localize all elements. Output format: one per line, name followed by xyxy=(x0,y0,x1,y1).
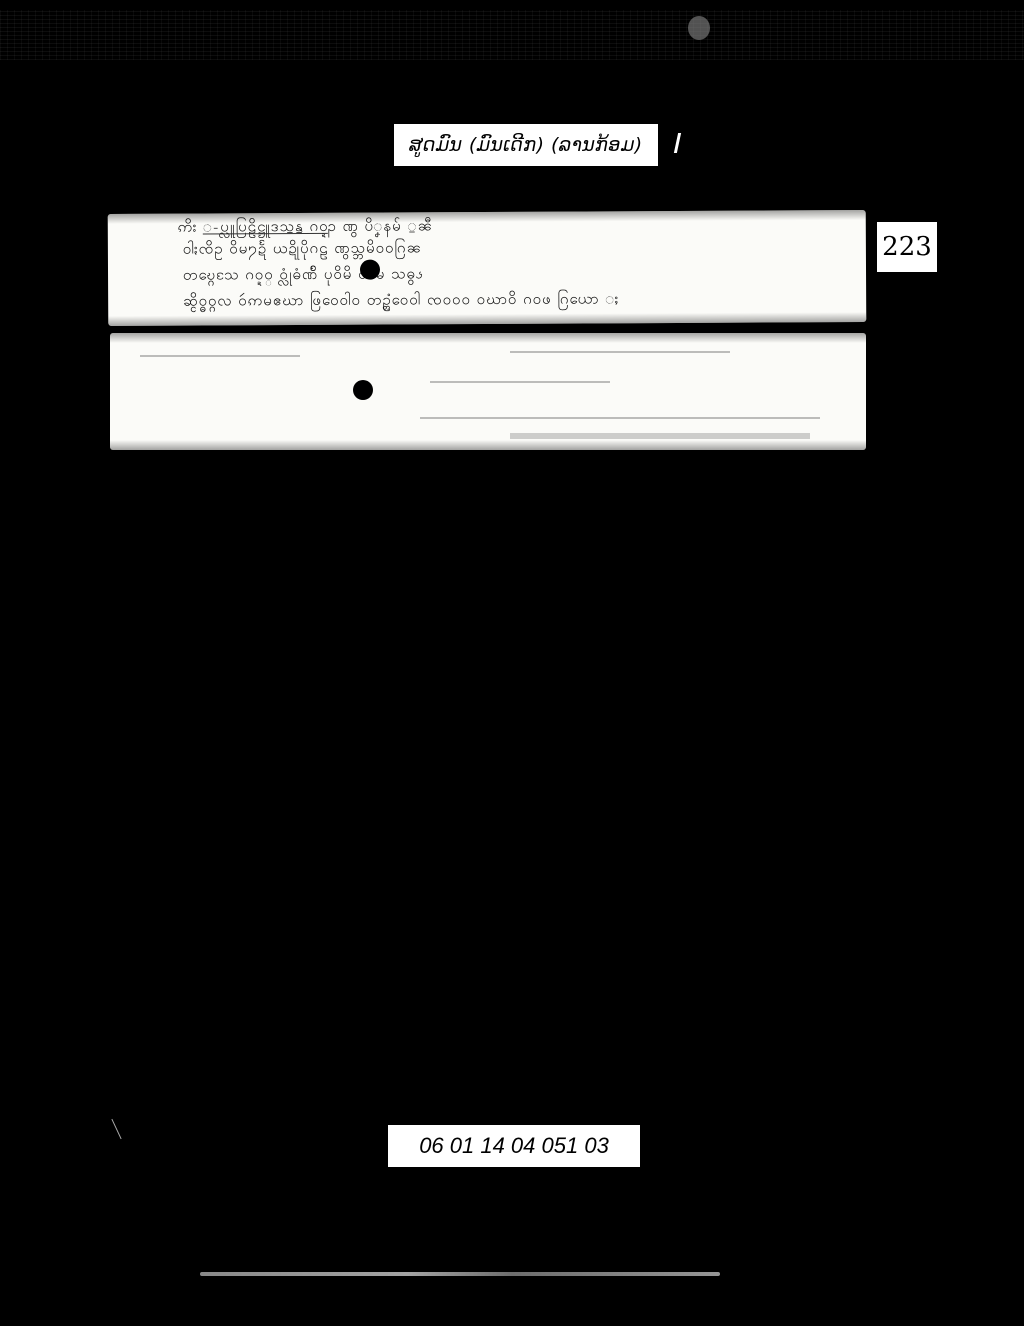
page-number-label: 223 xyxy=(877,222,937,272)
catalog-code-label: 06 01 14 04 051 03 xyxy=(388,1125,640,1167)
leaf-edge-shadow xyxy=(110,440,866,450)
faint-mark xyxy=(420,417,820,419)
leaf-line-4: ဆ္ငိဝ္ဓဝ္ဂလ ဝဴဢမဧဃာ ဖြဝေဝါဝ တဥ္တံဝေဝါ ၸဝ… xyxy=(183,289,619,313)
scan-edge-line xyxy=(200,1272,720,1276)
faint-mark xyxy=(510,351,730,353)
leaf-edge-shadow xyxy=(110,333,866,343)
document-title-label: ສູດມົນ (ມົນເດີກ) (ລານກ້ອມ) xyxy=(394,124,658,166)
palm-leaf-1: ဢိး ꩽပ္လူပြဠိဋ္ဌူဒသႍနႍ ဂဝ္ဍၣ ဏွ ပိၞနမ် ႍ… xyxy=(108,210,867,326)
palm-leaf-2 xyxy=(110,333,866,450)
leaf-edge-shadow xyxy=(108,312,866,326)
scan-artifact xyxy=(688,16,710,40)
leaf-line-3: တဎ္ဂေသႄ ဂဝ္ဍဝ္ ဝ္လုံဓံဏိႅ ပုဝိမိ ဝမေ သဓွ… xyxy=(183,264,424,287)
leaf-line-2: ဝါႏၸိဥ ဝိမ႒ဍႅ ယဍိုပိုဂဠ ဏွသ္ဘမိဝဝဂြၼ xyxy=(183,238,422,261)
handwritten-mark xyxy=(674,133,681,153)
faint-mark xyxy=(430,381,610,383)
binding-hole xyxy=(360,260,380,280)
faint-mark xyxy=(510,433,810,439)
scan-noise-band xyxy=(0,10,1024,60)
scan-artifact xyxy=(111,1119,121,1139)
faint-mark xyxy=(140,355,300,357)
leaf-line-1: ဢိး ꩽပ္လူပြဠိဋ္ဌူဒသႍနႍ ဂဝ္ဍၣ ဏွ ပိၞနမ် ႍ… xyxy=(178,216,433,239)
binding-hole xyxy=(353,380,373,400)
